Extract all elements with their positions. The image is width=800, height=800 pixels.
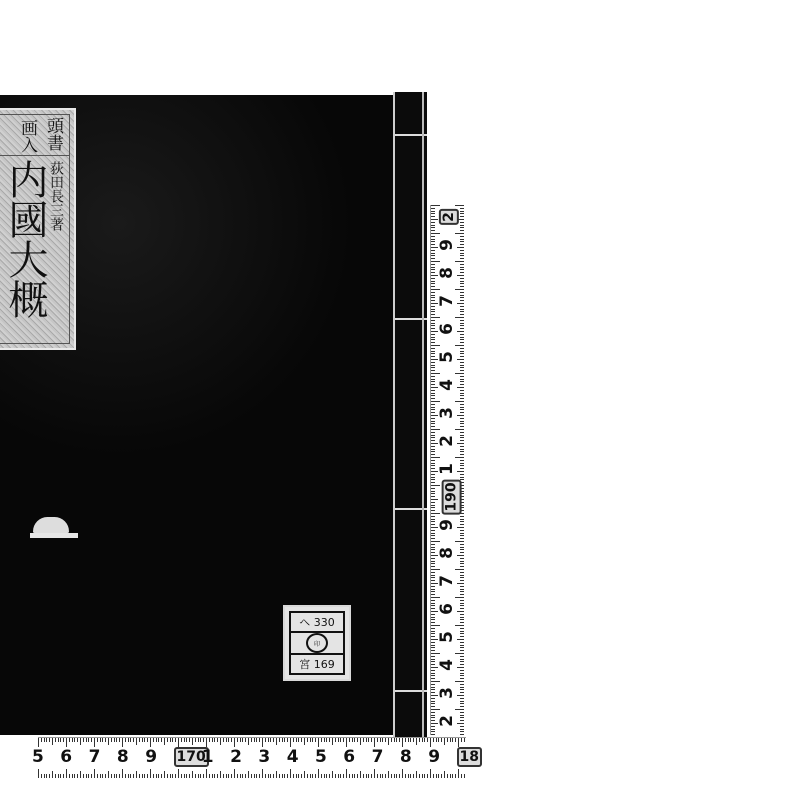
ruler-tick [431,636,435,637]
ruler-tick [315,774,316,778]
ruler-tick [447,738,448,742]
ruler-tick [431,561,435,562]
ruler-tick [431,633,435,634]
ruler-tick [144,774,145,778]
ruler-tick [431,605,435,606]
ruler-tick [161,738,162,742]
ruler-tick [396,774,397,778]
ruler-tick [128,738,129,742]
ruler-tick [460,678,464,679]
ruler-tick [431,706,435,707]
ruler-tick [282,774,283,778]
ruler-tick [326,774,327,778]
ruler-tick [431,250,435,251]
ruler-tick [273,738,274,742]
ruler-tick [431,661,435,662]
ruler-tick [270,738,271,742]
ruler-tick [284,774,285,778]
ruler-tick [450,738,451,742]
ruler-tick [324,774,325,778]
ruler-tick [460,435,464,436]
ruler-tick [431,687,435,688]
ruler-tick [349,774,350,778]
ruler-tick [245,738,246,742]
ruler-tick [431,474,435,475]
ruler-tick [307,774,308,778]
ruler-tick [455,429,464,430]
ruler-tick [460,603,464,604]
ruler-tick [431,731,435,732]
ruler-tick [431,379,435,380]
ruler-tick [431,365,435,366]
ruler-tick [431,309,435,310]
ruler-tick [186,774,187,778]
ruler-tick [460,278,464,279]
header-right-text: 頭書 [44,117,61,151]
ruler-tick [248,771,249,778]
ruler-label: 7 [89,747,101,767]
ruler-tick [431,423,435,424]
ruler-tick [455,625,464,626]
ruler-tick [315,738,316,742]
ruler-tick [431,614,435,615]
ruler-tick [431,505,435,506]
ruler-tick [139,738,140,742]
ruler-label: 8 [400,747,412,767]
ruler-tick [431,600,435,601]
ruler-tick [460,563,464,564]
ruler-tick [63,774,64,778]
ruler-tick [431,395,435,396]
ruler-tick [116,774,117,778]
ruler-tick [251,774,252,778]
ruler-tick [460,320,464,321]
ruler-tick [460,633,464,634]
ruler-tick [457,415,464,416]
ruler-tick [63,738,64,742]
ruler-tick [310,738,311,742]
ruler-tick [460,412,464,413]
ruler-tick [431,418,435,419]
ruler-tick [455,401,464,402]
ruler-tick [332,738,333,745]
ruler-tick [240,774,241,778]
ruler-tick [460,538,464,539]
ruler-tick [178,738,179,747]
ruler-tick [298,774,299,778]
ruler-tick [431,407,435,408]
ruler-tick [431,519,435,520]
ruler-tick [457,611,464,612]
ruler-tick [431,421,435,422]
ruler-tick [460,325,464,326]
ruler-tick [60,774,61,778]
ruler-tick [460,692,464,693]
ruler-tick [431,485,440,486]
ruler-tick [447,774,448,778]
ruler-tick [457,443,464,444]
ruler-tick [66,769,67,778]
ruler-tick [431,278,435,279]
ruler-tick [460,673,464,674]
ruler-tick [431,656,435,657]
ruler-tick [374,738,375,747]
ruler-tick [460,365,464,366]
ruler-tick [217,774,218,778]
ruler-tick [438,774,439,778]
ruler-tick [385,774,386,778]
ruler-label: 9 [145,747,157,767]
ruler-tick [431,236,435,237]
ruler-tick [460,300,464,301]
ruler-tick [94,738,95,747]
ruler-tick [460,608,464,609]
ruler-tick [460,465,464,466]
ruler-tick [460,535,464,536]
ruler-tick [431,300,435,301]
ruler-tick [394,774,395,778]
ruler-tick [431,715,435,716]
ruler-tick [231,738,232,742]
ruler-tick [457,583,464,584]
ruler-tick [338,738,339,742]
ruler-tick [460,715,464,716]
ruler-tick [58,738,59,742]
ruler-label: 7 [437,295,457,307]
label-shelf-number: 宮 169 [291,655,343,673]
ruler-tick [460,552,464,553]
ruler-tick [460,367,464,368]
ruler-tick [441,774,442,778]
ruler-tick [431,292,435,293]
ruler-tick [136,738,137,745]
ruler-tick [360,738,361,745]
ruler-tick [457,471,464,472]
ruler-label: 6 [343,747,355,767]
ruler-tick [431,351,435,352]
ruler-tick [460,575,464,576]
ruler-tick [128,774,129,778]
ruler-tick [460,684,464,685]
ruler-tick [460,530,464,531]
ruler-tick [457,387,464,388]
ruler-tick [312,738,313,742]
ruler-tick [391,774,392,778]
ruler-tick [431,589,435,590]
ruler-tick [408,774,409,778]
ruler-tick [431,513,440,514]
ruler-tick [431,726,435,727]
ruler-tick [431,673,435,674]
ruler-tick [301,774,302,778]
ruler-tick [116,738,117,742]
ruler-tick [181,774,182,778]
ruler-tick [460,272,464,273]
ruler-tick [209,738,210,742]
ruler-tick [245,774,246,778]
ruler-tick [94,769,95,778]
ruler-tick [431,320,435,321]
ruler-tick [460,227,464,228]
ruler-tick [223,774,224,778]
ruler-tick [422,774,423,778]
ruler-tick [422,738,423,742]
ruler-tick [228,738,229,742]
ruler-tick [164,771,165,778]
ruler-tick [436,738,437,742]
ruler-tick [349,738,350,742]
ruler-tick [460,468,464,469]
ruler-tick [108,771,109,778]
ruler-tick [431,712,435,713]
ruler-tick [262,738,263,747]
ruler-label: 190 [442,479,462,514]
ruler-tick [460,328,464,329]
ruler-tick [431,426,435,427]
ruler-tick [49,738,50,742]
ruler-tick [460,426,464,427]
ruler-tick [156,738,157,742]
ruler-tick [371,774,372,778]
ruler-tick [69,774,70,778]
ruler-label: 1 [202,747,214,767]
ruler-tick [431,493,435,494]
ruler-tick [460,236,464,237]
ruler-label: 18 [457,747,482,767]
ruler-tick [340,774,341,778]
ruler-tick [455,597,464,598]
ruler-tick [457,555,464,556]
ruler-tick [156,774,157,778]
ruler-tick [460,292,464,293]
ruler-tick [380,774,381,778]
ruler-tick [431,465,435,466]
ruler-tick [455,261,464,262]
ruler-tick [460,393,464,394]
ruler-tick [354,774,355,778]
ruler-label: 5 [437,631,457,643]
ruler-tick [153,774,154,778]
ruler-tick [60,738,61,742]
ruler-tick [460,477,464,478]
ruler-tick [228,774,229,778]
ruler-tick [354,738,355,742]
ruler-tick [52,738,53,745]
label-call-number: ヘ 330 [291,613,343,633]
ruler-tick [450,774,451,778]
ruler-tick [186,738,187,742]
ruler-tick [460,286,464,287]
ruler-label: 3 [437,687,457,699]
ruler-tick [431,631,435,632]
ruler-tick [198,738,199,742]
ruler-tick [431,664,435,665]
ruler-tick [460,454,464,455]
ruler-tick [217,738,218,742]
ruler-tick [460,549,464,550]
ruler-tick [431,563,435,564]
ruler-tick [457,723,464,724]
ruler-tick [431,479,435,480]
ruler-tick [136,771,137,778]
ruler-tick [460,698,464,699]
ruler-tick [431,580,435,581]
ruler-tick [460,348,464,349]
spine-edge [422,92,424,737]
ruler-tick [431,499,438,500]
ruler-tick [431,460,435,461]
ruler-tick [431,373,440,374]
ruler-tick [240,738,241,742]
ruler-tick [460,577,464,578]
ruler-tick [262,769,263,778]
ruler-tick [455,569,464,570]
ruler-tick [318,769,319,778]
ruler-tick [460,390,464,391]
ruler-tick [402,769,403,778]
ruler-tick [455,541,464,542]
ruler-tick [431,216,435,217]
ruler-tick [431,269,435,270]
ruler-label: 9 [428,747,440,767]
ruler-tick [66,738,67,747]
ruler-tick [431,261,440,262]
ruler-tick [431,409,435,410]
ruler-tick [457,247,464,248]
ruler-tick [460,463,464,464]
ruler-tick [460,264,464,265]
ruler-tick [200,774,201,778]
ruler-tick [206,769,207,778]
ruler-tick [189,774,190,778]
ruler-tick [431,241,435,242]
ruler-tick [352,774,353,778]
ruler-tick [460,353,464,354]
title-slip-header: 頭書 画入 [0,115,69,156]
ruler-tick [293,774,294,778]
vertical-ruler: 298765432119098765432 [430,205,464,735]
title-slip: 頭書 画入 荻田長三著 内國大概 [0,108,76,350]
ruler-tick [130,738,131,742]
ruler-tick [368,774,369,778]
ruler-tick [431,544,435,545]
ruler-tick [335,738,336,742]
ruler-label: 5 [32,747,44,767]
ruler-tick [91,738,92,742]
ruler-tick [105,774,106,778]
ruler-tick [431,267,435,268]
ruler-tick [431,628,435,629]
ruler-tick [111,774,112,778]
ruler-tick [144,738,145,742]
ruler-tick [460,211,464,212]
ruler-tick [431,468,435,469]
ruler-tick [431,222,435,223]
ruler-label: 9 [437,239,457,251]
ruler-tick [431,454,435,455]
ruler-tick [405,738,406,742]
ruler-tick [431,703,435,704]
ruler-tick [97,774,98,778]
ruler-tick [431,295,435,296]
ruler-tick [431,642,435,643]
ruler-tick [164,738,165,745]
ruler-tick [46,738,47,742]
ruler-tick [455,317,464,318]
ruler-tick [460,311,464,312]
ruler-tick [172,774,173,778]
header-left-text: 画入 [18,119,35,153]
ruler-tick [189,738,190,742]
ruler-tick [431,709,440,710]
ruler-tick [431,362,435,363]
ruler-tick [431,272,435,273]
ruler-tick [125,774,126,778]
ruler-tick [457,331,464,332]
ruler-tick [431,404,435,405]
ruler-tick [431,325,435,326]
ruler-tick [83,738,84,742]
ruler-tick [352,738,353,742]
ruler-tick [360,771,361,778]
ruler-tick [431,524,435,525]
ruler-tick [431,617,435,618]
ruler-tick [430,738,431,747]
ruler-tick [431,647,435,648]
ruler-tick [346,769,347,778]
ruler-tick [460,230,464,231]
ruler-tick [431,253,435,254]
ruler-label: 7 [372,747,384,767]
ruler-tick [431,577,435,578]
ruler-tick [460,628,464,629]
ruler-tick [460,594,464,595]
ruler-tick [192,771,193,778]
ruler-tick [431,566,435,567]
ruler-tick [460,670,464,671]
ruler-tick [431,393,435,394]
ruler-tick [431,283,435,284]
ruler-tick [431,306,435,307]
ruler-tick [431,211,435,212]
ruler-label: 2 [437,715,457,727]
ruler-tick [431,213,435,214]
ruler-tick [69,738,70,742]
ruler-tick [461,738,462,742]
ruler-tick [44,738,45,742]
ruler-tick [431,463,435,464]
ruler-tick [444,738,445,745]
ruler-tick [431,689,435,690]
ruler-tick [391,738,392,742]
ruler-tick [58,774,59,778]
ruler-tick [125,738,126,742]
ruler-tick [431,619,435,620]
ruler-tick [408,738,409,742]
ruler-tick [431,521,435,522]
ruler-tick [460,306,464,307]
ruler-tick [431,558,435,559]
ruler-tick [431,429,440,430]
ruler-tick [431,675,435,676]
ruler-tick [431,488,435,489]
ruler-label: 1 [437,463,457,475]
ruler-tick [80,738,81,745]
ruler-tick [343,738,344,742]
ruler-tick [46,774,47,778]
ruler-tick [431,314,435,315]
ruler-tick [170,738,171,742]
